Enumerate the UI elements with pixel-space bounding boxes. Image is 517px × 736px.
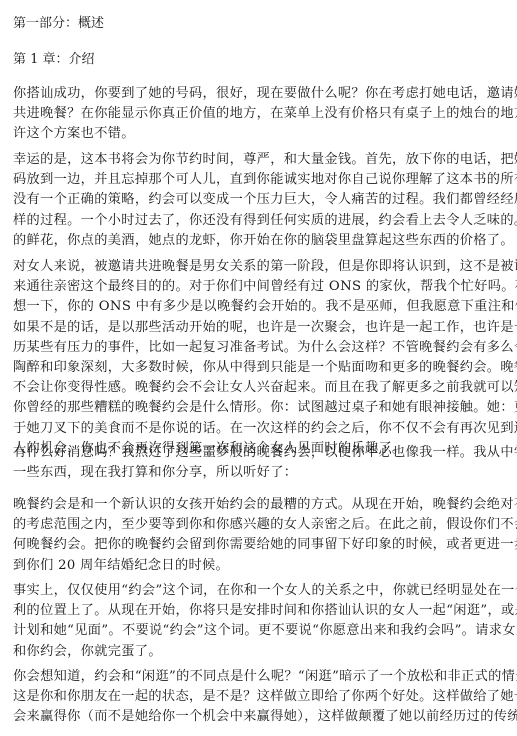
document-page: 第一部分：概述 第 1 章：介绍 你搭讪成功，你要到了她的号码，很好，现在要做什… <box>0 0 517 736</box>
text-line: 想一下，你的 ONS 中有多少是以晚餐约会开始的。我不是巫师，但我愿意下重注和你… <box>13 297 475 317</box>
text-line: 不会让你变得性感。晚餐约会不会让女人兴奋起来。而且在我了解更多之前我就可以知道， <box>13 378 475 398</box>
paragraph-2: 幸运的是，这本书将会为你节约时间，尊严，和大量金钱。首先，放下你的电话，把她的号… <box>13 150 475 251</box>
text-line: 和你约会，你就完蛋了。 <box>13 642 475 662</box>
text-line: 如果不是的话，是以那些活动开始的呢，也许是一次聚会，也许是一起工作，也许是一起经 <box>13 318 475 338</box>
text-line: 何晚餐约会。把你的晚餐约会留到你需要给她的同事留下好印象的时候，或者更进一步，留 <box>13 535 475 555</box>
chapter-title: 第 1 章：介绍 <box>13 50 95 70</box>
text-line: 历某些有压力的事件，比如一起复习准备考试。为什么会这样？不管晚餐约会有多么令你们 <box>13 338 475 358</box>
paragraph-4: 有什么好消息吗？我熬过了这些噩梦般的晚餐约会，以便你不必也像我一样。我从中学到了… <box>13 443 475 483</box>
text-line: 的考虑范围之内，至少要等到你和你感兴趣的女人亲密之后。在此之前，假设你们不会有任 <box>13 515 475 535</box>
paragraph-3: 对女人来说，被邀请共进晚餐是男女关系的第一阶段，但是你即将认识到，这不是被设计用… <box>13 257 475 459</box>
part-title: 第一部分：概述 <box>13 14 104 34</box>
paragraph-1: 你搭讪成功，你要到了她的号码，很好，现在要做什么呢？你在考虑打她电话，邀请她出来… <box>13 84 475 145</box>
text-line: 一些东西，现在我打算和你分享，所以听好了： <box>13 463 475 483</box>
text-line: 的鲜花，你点的美酒，她点的龙虾，你开始在你的脑袋里盘算起这些东西的价格了。 <box>13 231 475 251</box>
text-line: 晚餐约会是和一个新认识的女孩开始约会的最糟的方式。从现在开始，晚餐约会绝对不在你 <box>13 495 475 515</box>
paragraph-5: 晚餐约会是和一个新认识的女孩开始约会的最糟的方式。从现在开始，晚餐约会绝对不在你… <box>13 495 475 576</box>
text-line: 到你们 20 周年结婚纪念日的时候。 <box>13 556 475 576</box>
text-line: 幸运的是，这本书将会为你节约时间，尊严，和大量金钱。首先，放下你的电话，把她的号 <box>13 150 475 170</box>
text-line: 事实上，仅仅使用“约会”这个词，在你和一个女人的关系之中，你就已经明显处在一个不 <box>13 581 475 601</box>
text-line: 你曾经的那些糟糕的晚餐约会是什么情形。你：试图越过桌子和她有眼神接触。她：更专注 <box>13 398 475 418</box>
text-line: 陶醉和印象深刻，大多数时候，你从中得到只能是一个贴面吻和更多的晚餐约会。晚餐约会 <box>13 358 475 378</box>
paragraph-7: 你会想知道，约会和“闲逛”的不同点是什么呢？“闲逛”暗示了一个放松和非正式的情景… <box>13 667 475 728</box>
text-line: 许这个方案也不错。 <box>13 124 475 144</box>
text-line: 计划和她“见面”。不要说“约会”这个词。更不要说“你愿意出来和我约会吗”。请求女… <box>13 621 475 641</box>
text-line: 会来赢得你（而不是她给你一个机会中来赢得她），这样做颠覆了她以前经历过的传统的压 <box>13 707 475 727</box>
text-line: 这是你和你朋友在一起的状态，是不是？这样做立即给了你两个好处。这样做给了她一个机 <box>13 687 475 707</box>
text-line: 利的位置上了。从现在开始，你将只是安排时间和你搭讪认识的女人一起“闲逛”，或是做 <box>13 601 475 621</box>
text-line: 有什么好消息吗？我熬过了这些噩梦般的晚餐约会，以便你不必也像我一样。我从中学到了 <box>13 443 475 463</box>
text-line: 于她刀叉下的美食而不是你说的话。在一次这样的约会之后，你不仅不会有再次见到这个女 <box>13 419 475 439</box>
text-line: 你搭讪成功，你要到了她的号码，很好，现在要做什么呢？你在考虑打她电话，邀请她出来 <box>13 84 475 104</box>
text-line: 码放到一边，并且忘掉那个可人儿，直到你能诚实地对你自己说你理解了这本书的所有材料… <box>13 170 475 190</box>
paragraph-6: 事实上，仅仅使用“约会”这个词，在你和一个女人的关系之中，你就已经明显处在一个不… <box>13 581 475 662</box>
text-line: 没有一个正确的策略，约会可以变成一个压力巨大，令人痛苦的过程。我们都曾经经历过这 <box>13 190 475 210</box>
text-line: 对女人来说，被邀请共进晚餐是男女关系的第一阶段，但是你即将认识到，这不是被设计用 <box>13 257 475 277</box>
text-line: 共进晚餐？在你能显示你真正价值的地方，在菜单上没有价格只有桌子上的烛台的地方，也 <box>13 104 475 124</box>
text-line: 来通往亲密这个最终目的的。对于你们中间曾经有过 ONS 的家伙，帮我个忙好吗。花… <box>13 277 475 297</box>
text-line: 你会想知道，约会和“闲逛”的不同点是什么呢？“闲逛”暗示了一个放松和非正式的情景… <box>13 667 475 687</box>
text-line: 样的过程。一个小时过去了，你还没有得到任何实质的进展，约会看上去令人乏味的。你买 <box>13 211 475 231</box>
